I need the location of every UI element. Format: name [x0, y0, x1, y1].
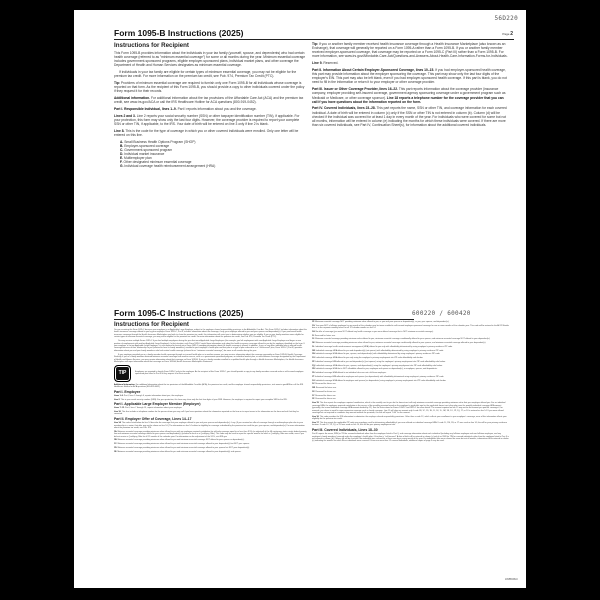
code-item: 1U. Individual coverage HRA offered to e…: [312, 380, 510, 382]
form-1095c-title: Form 1095-C Instructions (2025): [114, 308, 243, 318]
line-17-paragraph: Line 17. This line reports the applicabl…: [312, 422, 510, 427]
form-1095b-left-column: Instructions for Recipient This Form 109…: [114, 42, 306, 168]
lines-1-6-paragraph: Lines 1–6. Part I, lines 1 through 6, re…: [114, 395, 307, 397]
code-item: 1W. Reserved for future use.: [312, 387, 510, 389]
line-10-paragraph: Line 10. This line includes a telephone …: [114, 411, 307, 416]
additional-info-paragraph: Additional information. For additional i…: [114, 384, 307, 389]
form-1095c-right-column: 1F. Minimum essential coverage NOT provi…: [312, 321, 510, 444]
part1-heading: Part I. Employee: [114, 390, 307, 394]
code-item: 1X. Reserved for future use.: [312, 391, 510, 393]
part4-paragraph: Part IV. Covered Individuals, lines 23–2…: [312, 106, 510, 127]
document-page: 56D220 Form 1095-B Instructions (2025) P…: [74, 10, 526, 588]
part3-heading: Part III. Covered Individuals, Lines 18–…: [312, 428, 510, 432]
part1-employer-heading: Part I. Applicable Large Employer Member…: [114, 402, 307, 406]
code-item: 1F. Minimum essential coverage NOT provi…: [312, 321, 510, 323]
lines-7-13-paragraph: Lines 7–13. Part I, lines 7 through 13, …: [114, 407, 307, 409]
page-number: Page 2: [502, 31, 513, 37]
code-item: 1S. Individual coverage HRA offered to a…: [312, 372, 510, 374]
code-item: 1A. Minimum essential coverage providing…: [114, 431, 307, 438]
code-item: 1B. Minimum essential coverage providing…: [114, 439, 307, 441]
code-item: 1H. No offer of coverage (you were NOT o…: [312, 331, 510, 333]
form-1095b-right-column: Tip: If you or another family member rec…: [312, 42, 510, 130]
section-heading: Instructions for Recipient: [114, 321, 307, 328]
part2-heading: Part II. Employer Offer of Coverage, Lin…: [114, 417, 307, 421]
code-item: 1K. Minimum essential coverage providing…: [312, 342, 510, 344]
lines-2-3-paragraph: Lines 2 and 3. Line 2 reports your socia…: [114, 114, 306, 126]
code-item: 1Y. Reserved for future use.: [312, 395, 510, 397]
coverage-code-list: A. Small Business Health Options Program…: [120, 140, 306, 168]
list-item: G. Individual coverage health reimbursem…: [120, 164, 306, 168]
paragraph: You are receiving this Form 1095-C becau…: [114, 329, 307, 339]
code-item: 1E. Minimum essential coverage providing…: [114, 451, 307, 453]
paragraph: You may receive multiple Forms 1095-C if…: [114, 340, 307, 352]
code-item: 1N. Individual coverage HRA offered to y…: [312, 353, 510, 355]
form-code-b: 56D220: [495, 15, 518, 22]
code-item: 1G. You were NOT a full-time employee fo…: [312, 325, 510, 330]
code-item: 1C. Minimum essential coverage providing…: [114, 443, 307, 445]
code-item: 1O. Individual coverage HRA offered to y…: [312, 357, 510, 359]
paragraph: This Form 1095-B provides information ab…: [114, 51, 306, 68]
additional-info-paragraph: Additional information. For additional i…: [114, 96, 306, 104]
title-rule-c: [114, 319, 414, 320]
code-item: 1D. Minimum essential coverage providing…: [114, 447, 307, 449]
footer-form-code: 1095BCBLK: [505, 578, 518, 581]
code-item: 1M. Individual coverage HRA offered to y…: [312, 350, 510, 352]
part1-paragraph: Part I. Responsible Individual, lines 1–…: [114, 107, 306, 111]
title-rule-b: [114, 39, 514, 40]
part3-paragraph: Part III reports the name, SSN (or TIN f…: [312, 433, 510, 443]
form-1095c-left-column: Instructions for Recipient You are recei…: [114, 321, 307, 454]
tip-paragraph: Tip: If you or another family member rec…: [312, 42, 510, 59]
tip-box: TIP Employers are required to furnish Fo…: [114, 365, 307, 382]
tip-paragraph: Tip: Providers of minimum essential cove…: [114, 81, 306, 93]
code-item: 1Q. Individual coverage HRA offered to y…: [312, 365, 510, 367]
paragraph: If individuals in your tax family are el…: [114, 70, 306, 78]
line-15-paragraph: Line 15. This line reports the employee …: [312, 402, 510, 414]
code-item: 1P. Individual coverage HRA offered to y…: [312, 361, 510, 363]
code-item: 1R. Individual coverage HRA that is NOT …: [312, 368, 510, 370]
line-14-paragraph: Line 14. The codes listed below for line…: [114, 422, 307, 429]
part2-paragraph: Part II. Information About Certain Emplo…: [312, 68, 510, 85]
part3-paragraph: Part III. Issuer or Other Coverage Provi…: [312, 87, 510, 104]
form-code-c: 600220 / 600420: [412, 310, 471, 317]
paragraph: If your employer provided you or a famil…: [114, 354, 307, 364]
tip-icon: TIP: [114, 365, 131, 382]
code-item: 1I. Reserved for future use.: [312, 335, 510, 337]
tip-text: Employers are required to furnish Form 1…: [135, 371, 307, 376]
code-item: 1V. Reserved for future use.: [312, 383, 510, 385]
section-heading: Instructions for Recipient: [114, 42, 306, 49]
code-item: 1J. Minimum essential coverage providing…: [312, 338, 510, 340]
form-1095b-title: Form 1095-B Instructions (2025): [114, 28, 243, 38]
code-item: 1Z. Reserved for future use.: [312, 398, 510, 400]
line-2-paragraph: Line 2. This is your social security num…: [114, 399, 307, 401]
line-8-paragraph: Line 8. This is the code for the type of…: [114, 129, 306, 137]
code-item: 1L. Individual coverage health reimburse…: [312, 346, 510, 348]
code-item: 1T. Individual coverage HRA offered to e…: [312, 376, 510, 378]
line-16-paragraph: Line 16. This code provides the IRS info…: [312, 416, 510, 421]
line-9-paragraph: Line 9. Reserved.: [312, 61, 510, 65]
